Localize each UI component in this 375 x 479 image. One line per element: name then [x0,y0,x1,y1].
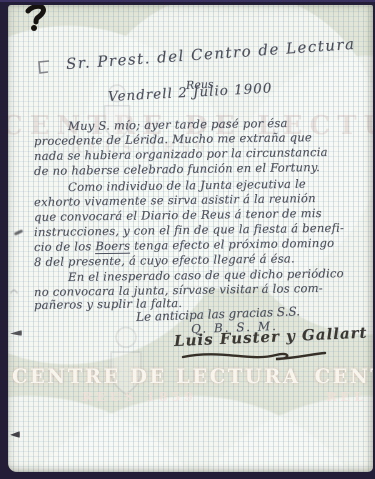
graph-paper-sheet: CENTRE DE LECTURA REUS 1859 CENTRE DE LE… [8,5,373,472]
margin-smudge [14,229,23,236]
watermark-bottom-subrow: REUS 1859 REL [8,389,367,404]
letter-line: de no haberse celebrado función en el Fo… [34,160,320,178]
watermark-bottom-row: CENTRE DE LECTURA CENTRE DE LECTURA [12,365,373,388]
margin-smudge [10,330,22,336]
watermark-bottom-right-subtitle: REL [326,389,367,404]
letter-line-fragment: tenga efecto el próximo domingo [130,236,334,253]
letter-line: 8 del presente, á cuyo efecto llegaré á … [34,251,295,269]
watermark-bottom-left-subtitle: REUS 1859 [82,389,197,404]
ink-blot-7-mark [24,5,52,35]
signature-flourish-underline [180,346,328,364]
pencil-c-mark [36,58,52,76]
margin-smudge [10,431,20,438]
watermark-bottom-left-title: CENTRE DE LECTURA [12,365,301,388]
scanned-letter-page: CENTRE DE LECTURA REUS 1859 CENTRE DE LE… [0,0,375,479]
watermark-bottom-right-title: CENTRE DE LECTURA [315,365,373,388]
letter-recipient-line: Sr. Prest. del Centro de Lectura [65,35,356,73]
margin-smudge [10,289,18,297]
letter-line-fragment: cio de los [34,239,96,254]
underlined-word: Boers [95,239,130,254]
